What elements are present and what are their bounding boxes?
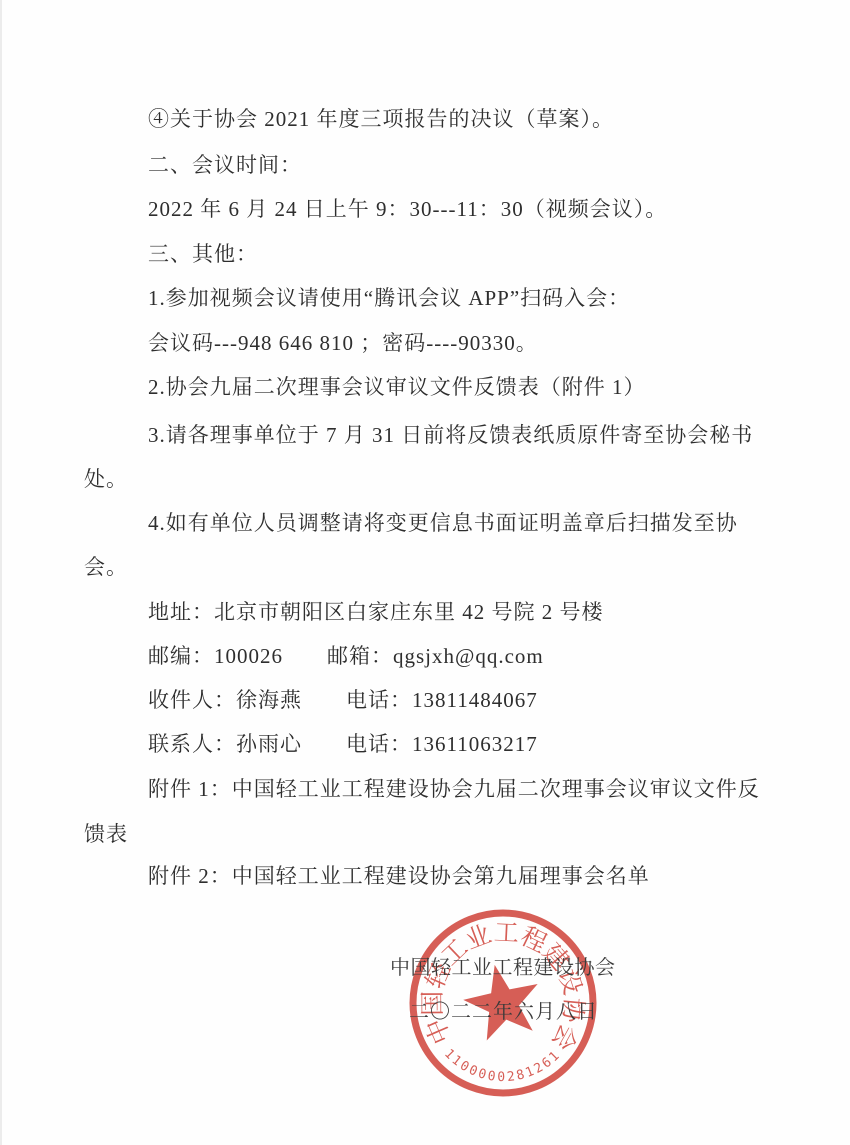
document-line: 会。 — [84, 551, 128, 581]
signature-org: 中国轻工业工程建设协会 — [390, 951, 616, 980]
document-line: 三、其他： — [148, 238, 258, 268]
document-line: 附件 2：中国轻工业工程建设协会第九届理事会名单 — [148, 860, 650, 890]
document-line: 二、会议时间： — [148, 149, 302, 179]
document-line: ④关于协会 2021 年度三项报告的决议（草案）。 — [148, 103, 614, 133]
document-line: 2022 年 6 月 24 日上午 9：30---11：30（视频会议）。 — [148, 193, 667, 223]
document-line: 邮编：100026 邮箱：qgsjxh@qq.com — [148, 640, 544, 670]
document-line: 处。 — [84, 463, 128, 493]
document-line: 附件 1：中国轻工业工程建设协会九届二次理事会议审议文件反 — [148, 773, 760, 803]
signature-date: 二〇二二年六月八日 — [409, 995, 598, 1024]
document-line: 地址：北京市朝阳区白家庄东里 42 号院 2 号楼 — [148, 596, 604, 626]
document-line: 会议码---948 646 810 ；密码----90330。 — [148, 327, 538, 357]
document-line: 收件人：徐海燕 电话：13811484067 — [148, 684, 538, 714]
document-line: 馈表 — [84, 818, 128, 848]
scanned-document-page: ④关于协会 2021 年度三项报告的决议（草案）。 二、会议时间： 2022 年… — [0, 0, 850, 1145]
document-line: 联系人：孙雨心 电话：13611063217 — [148, 728, 538, 758]
document-line: 3.请各理事单位于 7 月 31 日前将反馈表纸质原件寄至协会秘书 — [148, 419, 753, 449]
document-line: 1.参加视频会议请使用“腾讯会议 APP”扫码入会： — [148, 282, 630, 312]
document-line: 4.如有单位人员调整请将变更信息书面证明盖章后扫描发至协 — [148, 507, 738, 537]
document-line: 2.协会九届二次理事会议审议文件反馈表（附件 1） — [148, 371, 646, 401]
